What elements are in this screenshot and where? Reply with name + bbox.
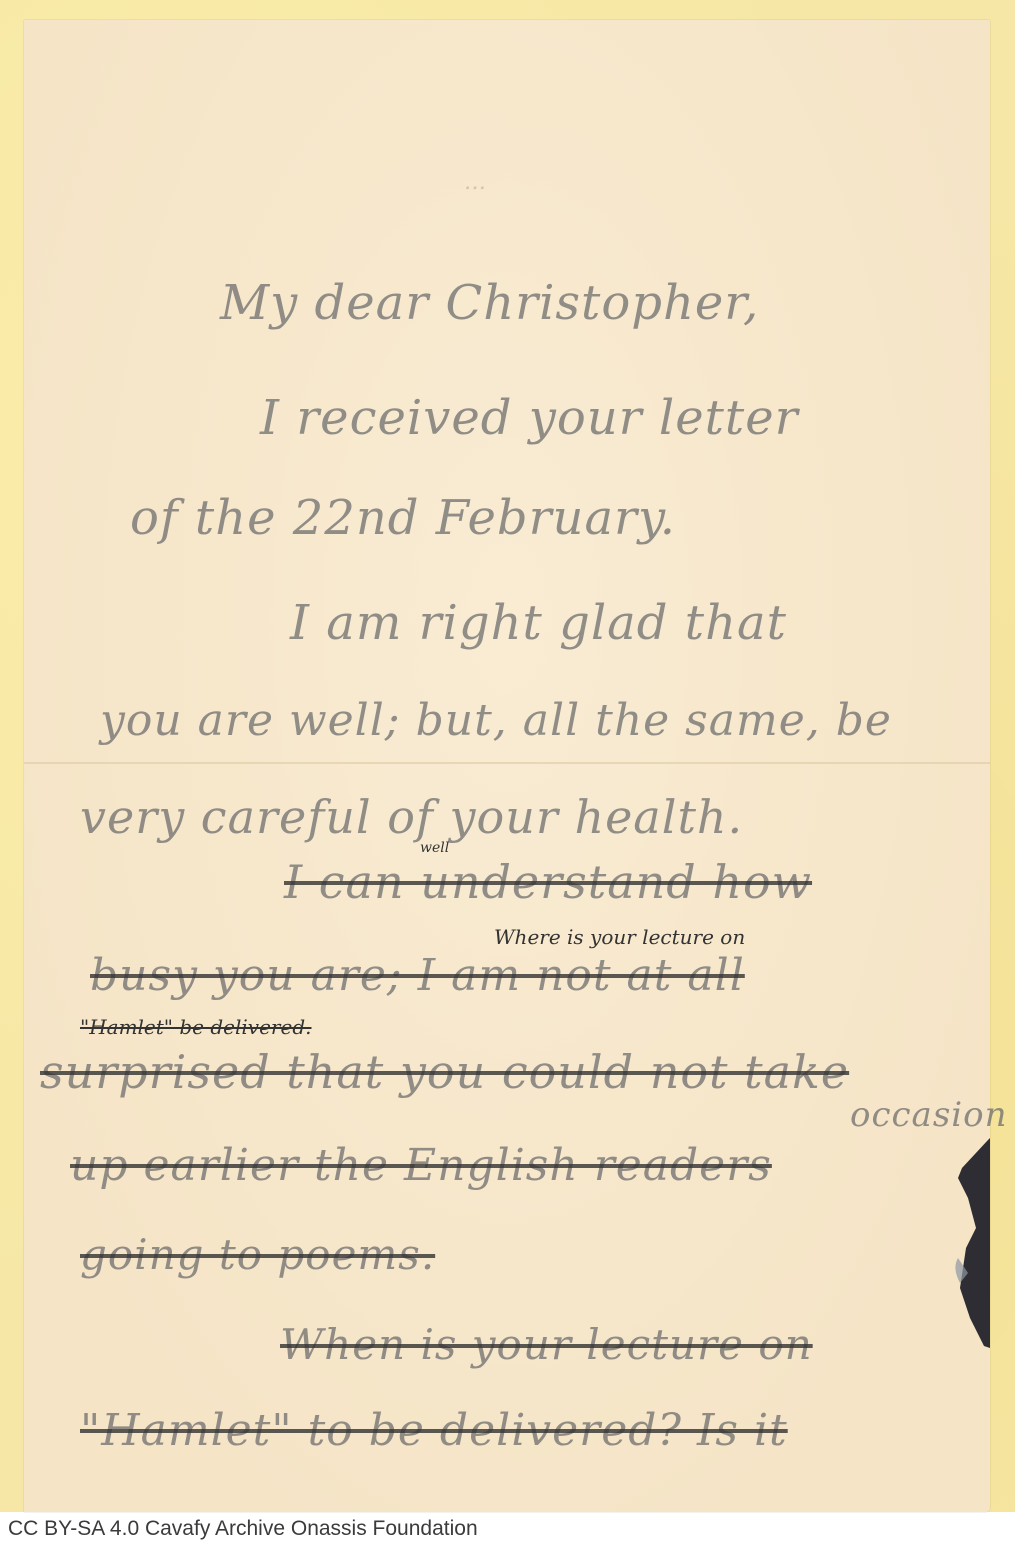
struck-line: busy you are; I am not at all — [90, 950, 745, 1001]
struck-insertion: "Hamlet" be delivered. — [80, 1015, 311, 1039]
struck-line: up earlier the English readers — [70, 1140, 772, 1191]
license-caption: CC BY-SA 4.0 Cavafy Archive Onassis Foun… — [8, 1517, 478, 1541]
insertion-well: well — [420, 840, 449, 856]
letter-line: very careful of your health. — [80, 790, 743, 844]
insertion-occasion: occasion — [850, 1095, 1008, 1135]
ink-stain — [948, 1138, 990, 1348]
faint-header: … — [464, 170, 486, 195]
struck-line: When is your lecture on — [280, 1320, 813, 1369]
struck-line: "Hamlet" to be delivered? Is it — [80, 1405, 788, 1456]
fold-line — [24, 762, 990, 764]
letter-line: you are well; but, all the same, be — [100, 695, 892, 746]
insertion-lecture: Where is your lecture on — [494, 925, 745, 949]
letter-line: I received your letter — [260, 390, 799, 446]
struck-line: going to poems. — [80, 1230, 435, 1279]
letter-sheet: … My dear Christopher, I received your l… — [24, 20, 990, 1512]
letter-line: of the 22nd February. — [130, 490, 676, 546]
salutation: My dear Christopher, — [220, 275, 759, 331]
struck-line: I can understand how — [284, 855, 812, 909]
struck-line: surprised that you could not take — [40, 1045, 849, 1099]
letter-line: I am right glad that — [290, 595, 787, 651]
